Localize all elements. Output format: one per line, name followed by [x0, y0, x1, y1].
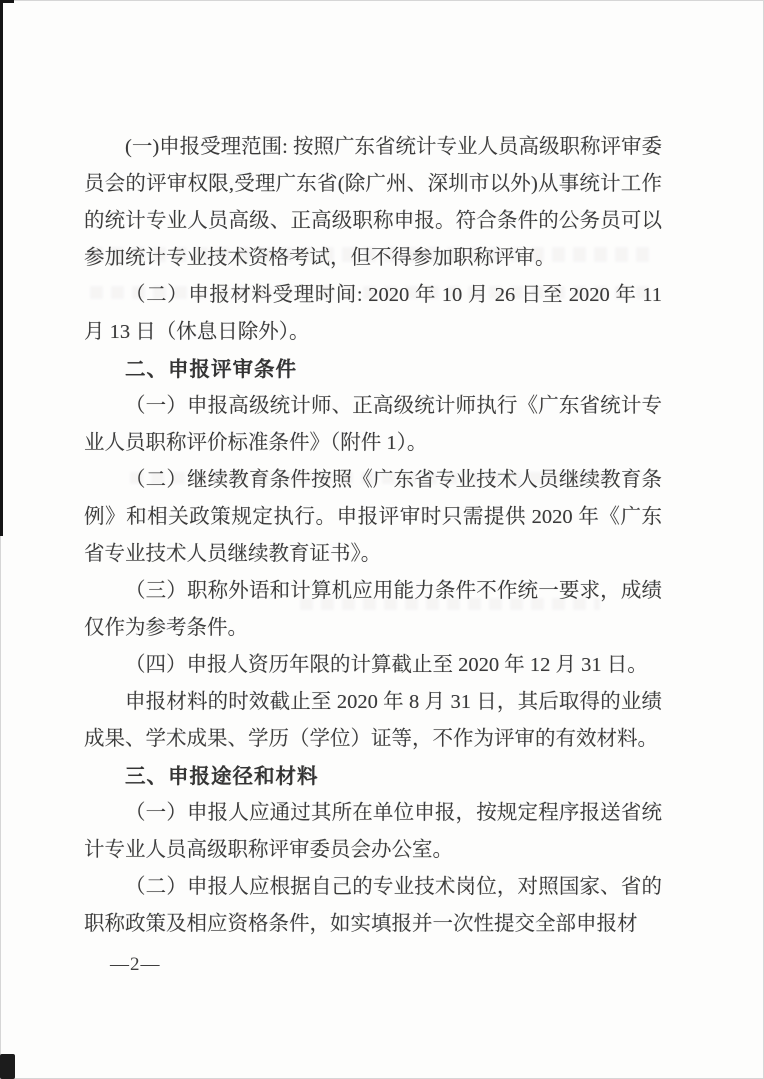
paragraph-acceptance-scope: (一)申报受理范围: 按照广东省统计专业人员高级职称评审委员会的评审权限,受理广… — [84, 129, 662, 277]
document-body: (一)申报受理范围: 按照广东省统计专业人员高级职称评审委员会的评审权限,受理广… — [84, 129, 662, 943]
paragraph-seniority-cutoff: （四）申报人资历年限的计算截止至 2020 年 12 月 31 日。 — [84, 647, 662, 684]
section-heading-review-conditions: 二、申报评审条件 — [84, 351, 662, 388]
paragraph-title-standards: （一）申报高级统计师、正高级统计师执行《广东省统计专业人员职称评价标准条件》（附… — [84, 388, 662, 462]
paragraph-apply-through-unit: （一）申报人应通过其所在单位申报，按规定程序报送省统计专业人员高级职称评审委员会… — [84, 795, 662, 869]
paragraph-material-validity: 申报材料的时效截止至 2020 年 8 月 31 日，其后取得的业绩成果、学术成… — [84, 684, 662, 758]
paragraph-continuing-education: （二）继续教育条件按照《广东省专业技术人员继续教育条例》和相关政策规定执行。申报… — [84, 462, 662, 573]
section-heading-application-channels: 三、申报途径和材料 — [84, 758, 662, 795]
paragraph-acceptance-time: （二）申报材料受理时间: 2020 年 10 月 26 日至 2020 年 11… — [84, 277, 662, 351]
scan-edge-top-artifact — [0, 0, 14, 3]
scan-edge-left-artifact — [0, 0, 3, 536]
page-number: —2— — [110, 952, 161, 978]
paragraph-apply-by-position: （二）申报人应根据自己的专业技术岗位，对照国家、省的职称政策及相应资格条件，如实… — [84, 869, 662, 943]
scan-corner-artifact — [0, 1054, 15, 1079]
scanned-document-page: (一)申报受理范围: 按照广东省统计专业人员高级职称评审委员会的评审权限,受理广… — [0, 0, 764, 1079]
paragraph-language-computer: （三）职称外语和计算机应用能力条件不作统一要求，成绩仅作为参考条件。 — [84, 573, 662, 647]
